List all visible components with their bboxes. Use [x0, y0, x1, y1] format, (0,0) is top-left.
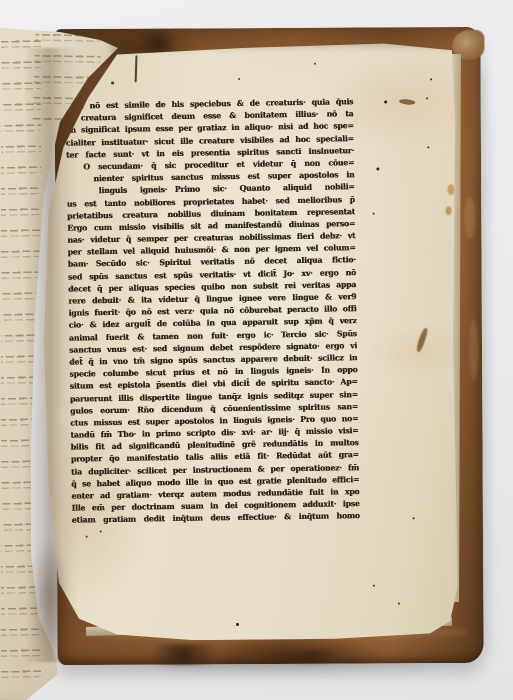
- wormhole-speck: [314, 63, 316, 65]
- stain-dash: [399, 99, 415, 106]
- printed-page: quia nō est simile de his speciebus & de…: [43, 41, 459, 640]
- ink-crack-mark: [135, 55, 138, 82]
- wormhole-speck: [413, 517, 415, 519]
- wormhole-speck: [398, 602, 400, 604]
- photo-background: quia nō est simile de his speciebus & de…: [0, 0, 513, 700]
- wormhole-speck: [376, 168, 379, 171]
- leather-damage-patch: [282, 650, 344, 663]
- wormhole-speck: [373, 213, 375, 215]
- wormhole-speck: [427, 146, 429, 148]
- stain-blotch: [446, 206, 452, 215]
- printed-text-block: quia nō est simile de his speciebus & de…: [65, 96, 360, 527]
- stain-scratch: [415, 327, 428, 353]
- wormhole-speck: [373, 585, 375, 587]
- wormhole-speck: [238, 78, 240, 80]
- wormhole-speck: [384, 101, 387, 104]
- wormhole-speck: [86, 536, 88, 538]
- wormhole-speck: [236, 623, 239, 626]
- wormhole-speck: [100, 531, 102, 533]
- stain-blotch: [447, 184, 454, 195]
- wormhole-speck: [426, 97, 428, 99]
- handwritten-marginalia: [1, 36, 41, 686]
- leather-scuff: [464, 197, 475, 239]
- wormhole-speck: [111, 81, 114, 84]
- wormhole-speck: [430, 78, 432, 80]
- leather-damage-patch: [142, 644, 226, 664]
- leather-scuff: [469, 319, 478, 381]
